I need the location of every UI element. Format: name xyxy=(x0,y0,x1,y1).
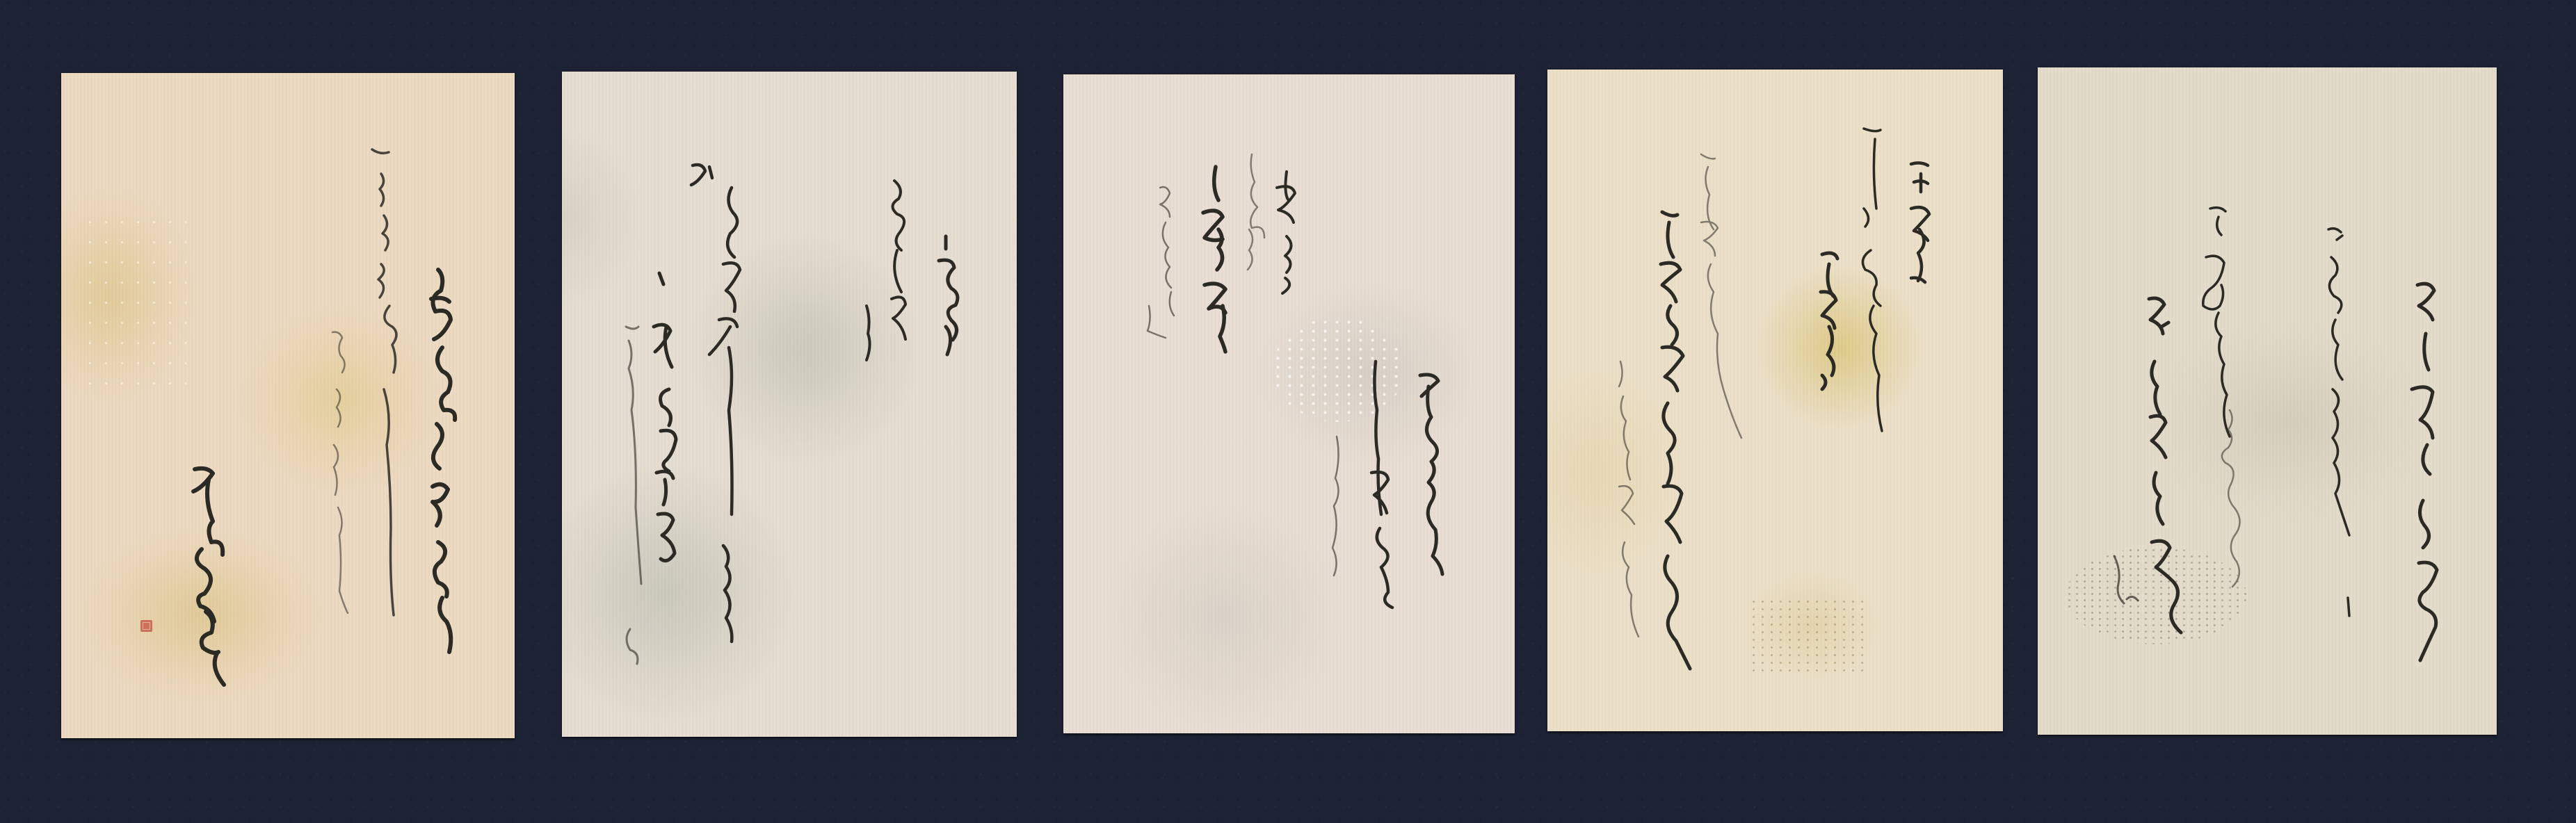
card-1-ink xyxy=(193,149,455,685)
card-2-ink xyxy=(626,165,958,664)
card-3-ink xyxy=(1148,154,1442,608)
card-5-ink xyxy=(2114,208,2437,660)
card-4-ink xyxy=(1619,129,1929,669)
calligraphy-ink-layer xyxy=(0,0,2576,823)
